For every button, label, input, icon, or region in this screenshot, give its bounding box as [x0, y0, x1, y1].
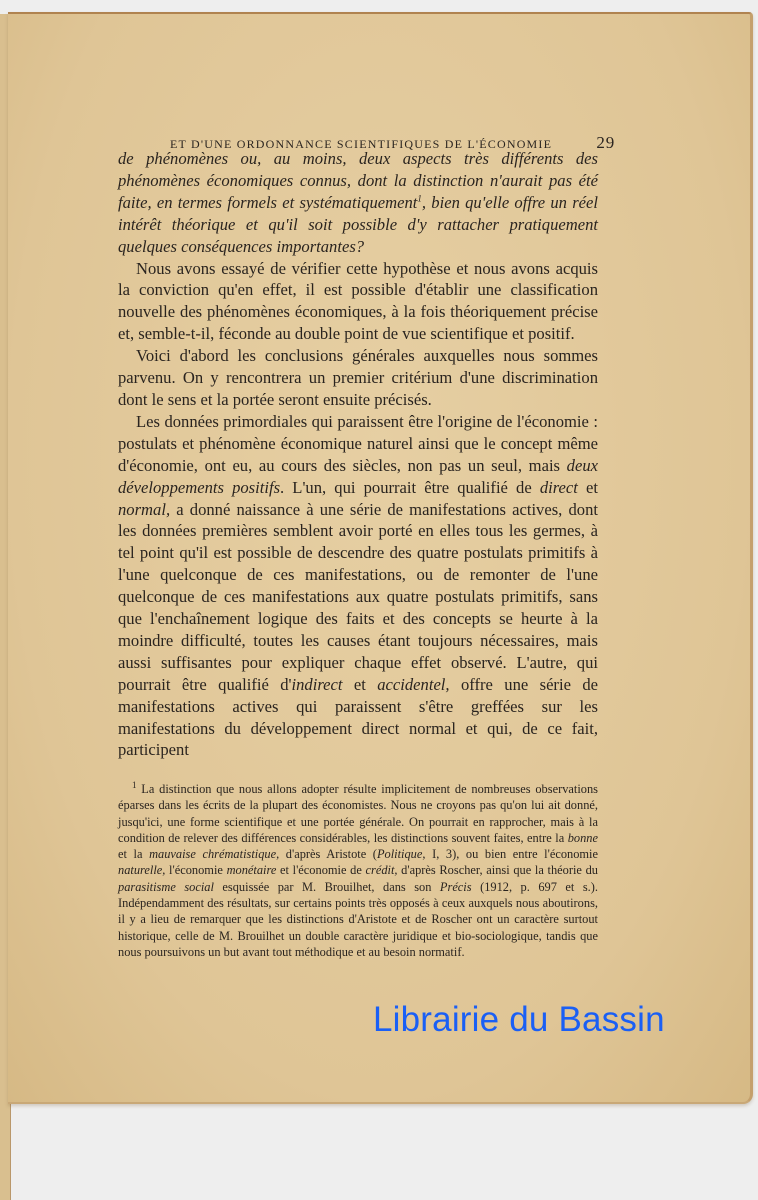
- emphasis: indirect: [292, 675, 343, 694]
- emphasis: normal,: [118, 500, 170, 519]
- paragraph-4: Les données primordiales qui paraissent …: [118, 411, 598, 762]
- body-text: de phénomènes ou, au moins, deux aspects…: [118, 148, 598, 761]
- watermark-librairie-du-bassin: Librairie du Bassin: [373, 1000, 665, 1040]
- page-number: 29: [596, 133, 615, 153]
- emphasis: direct: [540, 478, 578, 497]
- paragraph-2: Nous avons essayé de vérifier cette hypo…: [118, 258, 598, 346]
- emphasis: accidentel,: [377, 675, 449, 694]
- paragraph-1: de phénomènes ou, au moins, deux aspects…: [118, 148, 598, 258]
- paragraph-3: Voici d'abord les conclusions générales …: [118, 345, 598, 411]
- footnote-text: 1 La distinction que nous allons adopter…: [118, 781, 598, 960]
- footnote: 1 La distinction que nous allons adopter…: [118, 781, 598, 960]
